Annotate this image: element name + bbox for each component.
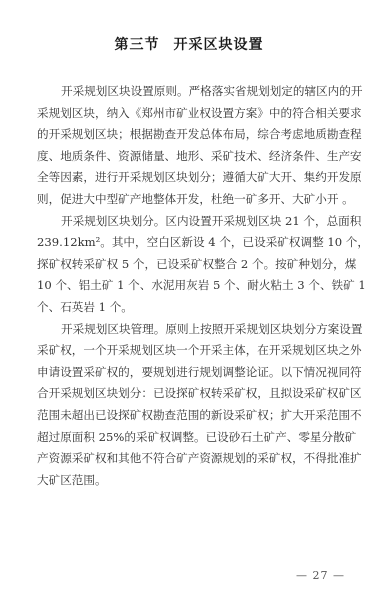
section-heading: 开采区块设置 [174, 37, 264, 53]
text-line: 开采规划区块设置原则。严格落实省规划划定的辖区内的开 [37, 81, 346, 103]
text-line: 的开采规划区块；根据勘查开发总体布局，综合考虑地质勘查程 [37, 124, 346, 146]
text-line: 采矿权，一个开采规划区块一个开采主体，在开采规划区块之外 [37, 340, 346, 362]
section-number: 第三节 [115, 37, 160, 53]
text-line: 申请设置采矿权的，要规划进行规划调整论证。以下情况视同符 [37, 362, 346, 384]
text-line: 开采规划区块管理。原则上按照开采规划区块划分方案设置 [37, 319, 346, 341]
text-line: 采规划区块，纳入《郑州市矿业权设置方案》中的符合相关要求 [37, 103, 346, 125]
text-line: 开采规划区块划分。区内设置开采规划区块 21 个，总面积 [37, 211, 346, 233]
text-line: 超过原面积 25%的采矿权调整。已设砂石土矿产、零星分散矿 [37, 427, 346, 449]
section-title: 第三节开采区块设置 [0, 34, 378, 54]
text-line: 范围未超出已设探矿权勘查范围的新设采矿权；扩大开采范围不 [37, 405, 346, 427]
text-line: 全等因素，进行开采规划区块划分；遵循大矿大开、集约开发原 [37, 167, 346, 189]
text-line: 产资源采矿权和其他不符合矿产资源规划的采矿权，不得批准扩 [37, 448, 346, 470]
text-line: 大矿区范围。 [37, 470, 346, 492]
paragraph-division: 开采规划区块划分。区内设置开采规划区块 21 个，总面积 239.12km²。其… [37, 211, 346, 319]
text-line: 则，促进大中型矿产地整体开发，杜绝一矿多开、大矿小开 。 [37, 189, 346, 211]
text-line: 个、石英岩 1 个。 [37, 297, 346, 319]
text-line: 10 个、铝土矿 1 个、水泥用灰岩 5 个、耐火粘土 3 个、铁矿 1 [37, 275, 346, 297]
paragraph-principles: 开采规划区块设置原则。严格落实省规划划定的辖区内的开 采规划区块，纳入《郑州市矿… [37, 81, 346, 211]
text-line: 度、地质条件、资源储量、地形、采矿技术、经济条件、生产安 [37, 146, 346, 168]
text-line: 239.12km²。其中，空白区新设 4 个，已设采矿权调整 10 个， [37, 232, 346, 254]
document-page: 第三节开采区块设置 开采规划区块设置原则。严格落实省规划划定的辖区内的开 采规划… [0, 0, 378, 600]
text-line: 探矿权转采矿权 5 个，已设采矿权整合 2 个。按矿种划分，煤 [37, 254, 346, 276]
document-body: 开采规划区块设置原则。严格落实省规划划定的辖区内的开 采规划区块，纳入《郑州市矿… [37, 81, 346, 491]
paragraph-management: 开采规划区块管理。原则上按照开采规划区块划分方案设置 采矿权，一个开采规划区块一… [37, 319, 346, 492]
text-line: 合开采规划区块划分：已设探矿权转采矿权，且拟设采矿权矿区 [37, 383, 346, 405]
page-number: — 27 — [296, 569, 345, 582]
